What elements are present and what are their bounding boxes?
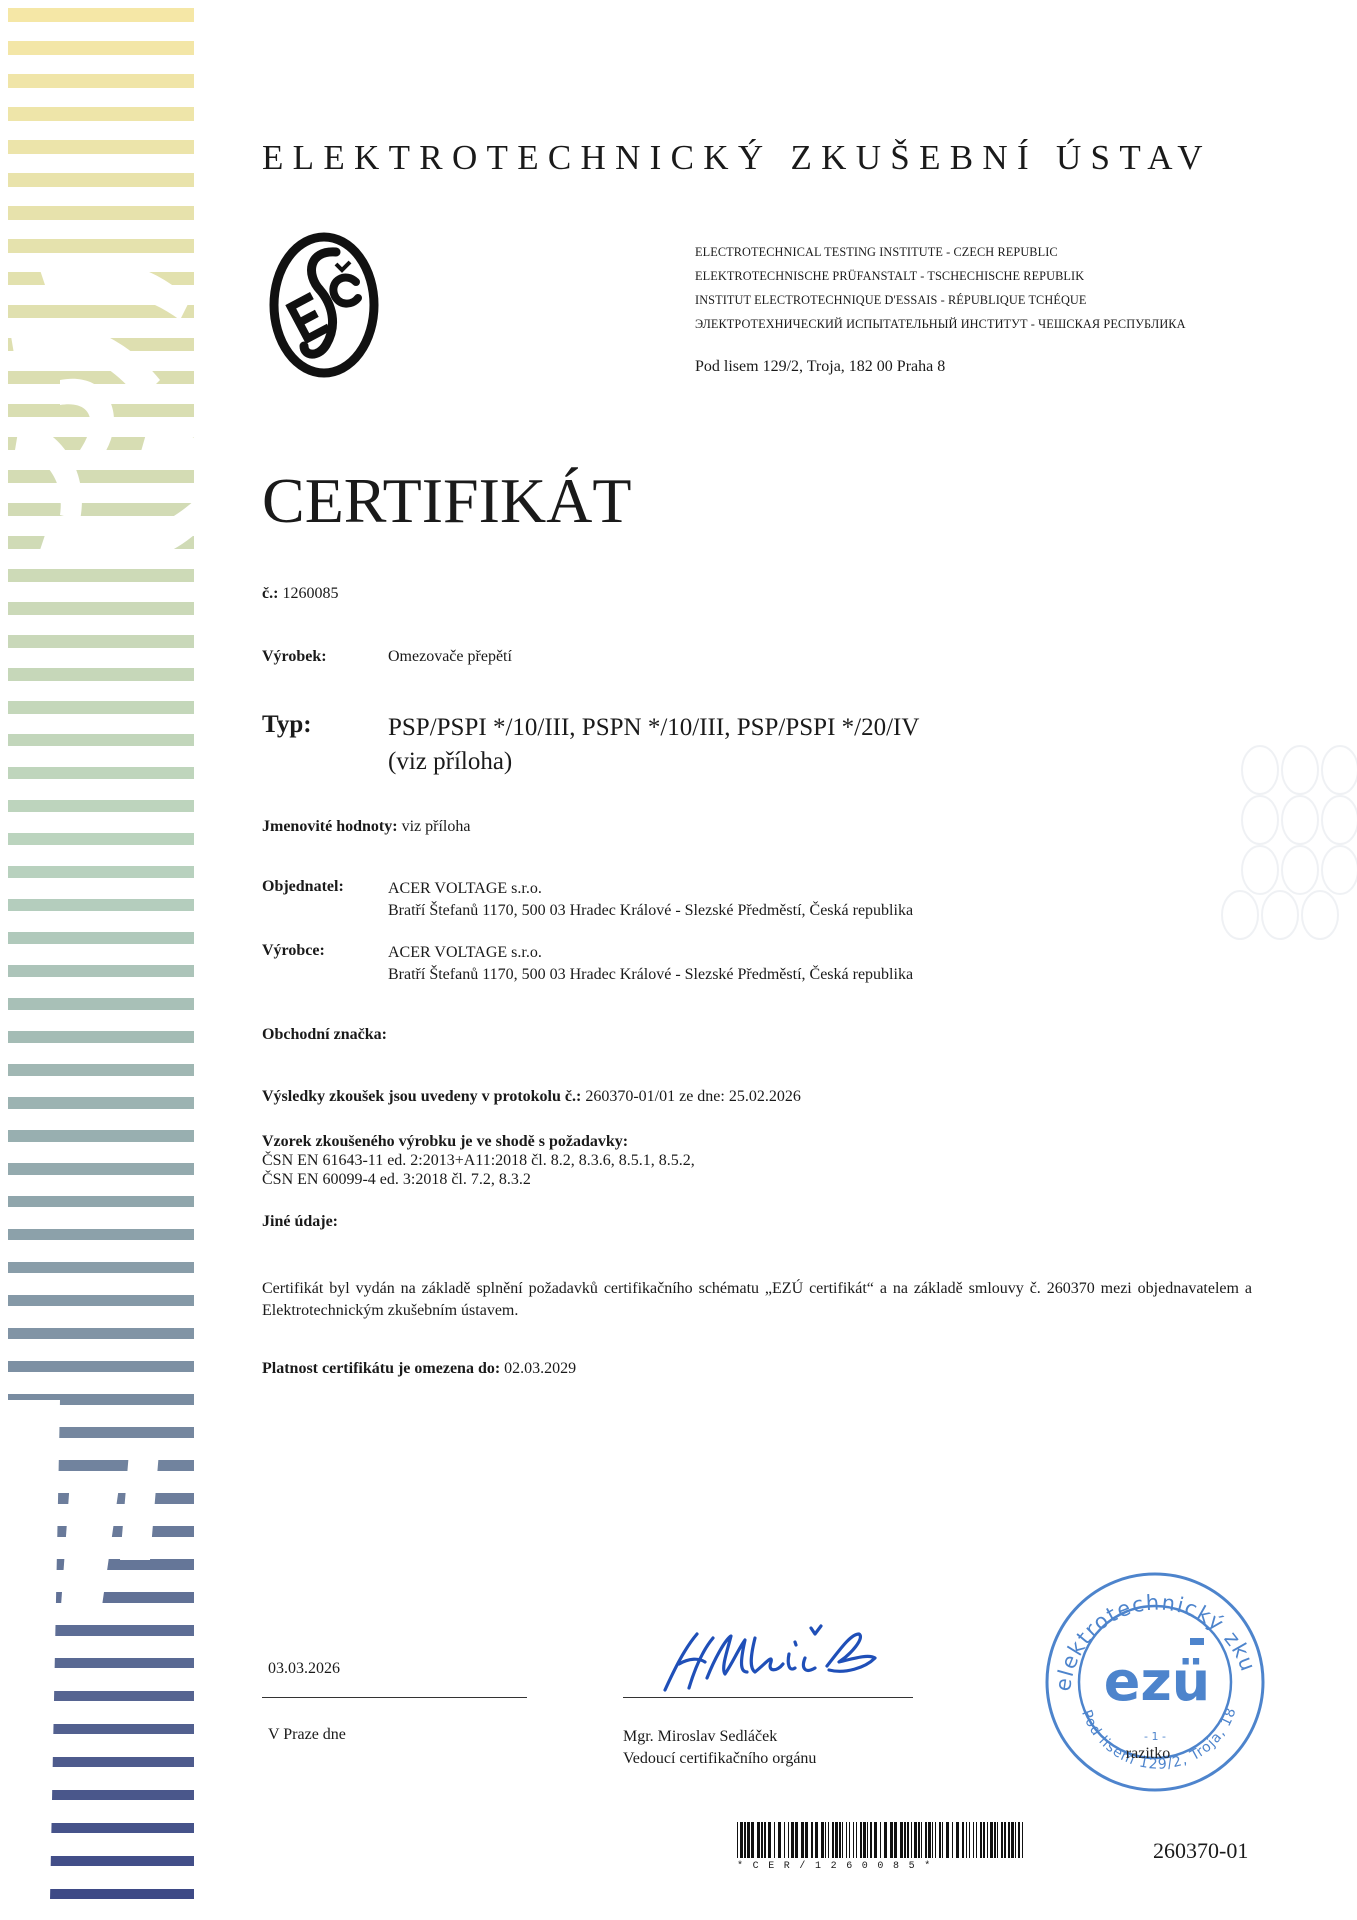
manufacturer-label: Výrobce: <box>262 942 325 960</box>
barcode <box>737 1822 1027 1858</box>
document-reference: 260370-01 <box>1153 1838 1248 1864</box>
security-watermark <box>1150 690 1357 1050</box>
test-results-label: Výsledky zkoušek jsou uvedeny v protokol… <box>262 1088 581 1105</box>
place-label: V Praze dne <box>268 1726 346 1744</box>
client-value: ACER VOLTAGE s.r.o. Bratří Štefanů 1170,… <box>388 878 913 922</box>
type-label: Typ: <box>262 711 312 739</box>
handwritten-signature <box>655 1618 895 1698</box>
certificate-number-value: 1260085 <box>282 585 338 602</box>
signer-role: Vedoucí certifikačního orgánu <box>623 1748 816 1770</box>
validity-label: Platnost certifikátu je omezena do: <box>262 1360 500 1377</box>
issuance-statement: Certifikát byl vydán na základě splnění … <box>262 1278 1252 1322</box>
rated-values-label: Jmenovité hodnoty: <box>262 818 398 835</box>
product-value: Omezovače přepětí <box>388 648 512 666</box>
manufacturer-value: ACER VOLTAGE s.r.o. Bratří Štefanů 1170,… <box>388 942 913 986</box>
validity: Platnost certifikátu je omezena do: 02.0… <box>262 1360 576 1378</box>
institute-name-ru: ЭЛЕКТРОТЕХНИЧЕСКИЙ ИСПЫТАТЕЛЬНЫЙ ИНСТИТУ… <box>695 312 1186 336</box>
certificate-number-label: č.: <box>262 585 278 602</box>
client-name: ACER VOLTAGE s.r.o. <box>388 878 913 900</box>
rated-values: Jmenovité hodnoty: viz příloha <box>262 818 470 836</box>
institute-address: Pod lisem 129/2, Troja, 182 00 Praha 8 <box>695 358 945 376</box>
test-results-value: 260370-01/01 ze dne: 25.02.2026 <box>585 1088 801 1105</box>
stamp-center-logo: ezü <box>1104 1650 1211 1713</box>
institute-title: ELEKTROTECHNICKÝ ZKUŠEBNÍ ÚSTAV <box>262 138 1212 178</box>
standard-item: ČSN EN 61643-11 ed. 2:2013+A11:2018 čl. … <box>262 1151 695 1170</box>
signer-name: Mgr. Miroslav Sedláček <box>623 1726 816 1748</box>
client-address: Bratří Štefanů 1170, 500 03 Hradec Králo… <box>388 900 913 922</box>
esc-logo-icon <box>268 230 380 380</box>
test-results: Výsledky zkoušek jsou uvedeny v protokol… <box>262 1088 801 1106</box>
standard-item: ČSN EN 60099-4 ed. 3:2018 čl. 7.2, 8.3.2 <box>262 1170 695 1189</box>
barcode-text: *CER/1260085* <box>737 1861 1027 1872</box>
institute-name-en: ELECTROTECHNICAL TESTING INSTITUTE - CZE… <box>695 240 1186 264</box>
conformity-section: Vzorek zkoušeného výrobku je ve shodě s … <box>262 1132 695 1189</box>
client-label: Objednatel: <box>262 878 344 896</box>
trademark-label: Obchodní značka: <box>262 1026 387 1043</box>
institute-name-de: ELEKTROTECHNISCHE PRÜFANSTALT - TSCHECHI… <box>695 264 1186 288</box>
type-models: PSP/PSPI */10/III, PSPN */10/III, PSP/PS… <box>388 711 919 745</box>
certificate-heading: CERTIFIKÁT <box>262 466 631 536</box>
decorative-stripe-band <box>0 0 200 1920</box>
date-underline <box>262 1697 527 1698</box>
signature-underline <box>623 1697 913 1698</box>
signer-block: Mgr. Miroslav Sedláček Vedoucí certifika… <box>623 1726 816 1770</box>
institute-names-list: ELECTROTECHNICAL TESTING INSTITUTE - CZE… <box>695 240 1186 336</box>
stamp-number: - 1 - <box>1144 1730 1166 1743</box>
manufacturer-address: Bratří Štefanů 1170, 500 03 Hradec Králo… <box>388 964 913 986</box>
issue-date: 03.03.2026 <box>268 1660 340 1678</box>
official-stamp-icon: elektrotechnický zkušební ústav Pod lise… <box>1030 1562 1280 1802</box>
validity-date: 02.03.2029 <box>504 1360 576 1377</box>
type-value: PSP/PSPI */10/III, PSPN */10/III, PSP/PS… <box>388 711 919 779</box>
certificate-number: č.: 1260085 <box>262 585 338 603</box>
manufacturer-name: ACER VOLTAGE s.r.o. <box>388 942 913 964</box>
institute-name-fr: INSTITUT ELECTROTECHNIQUE D'ESSAIS - RÉP… <box>695 288 1186 312</box>
conformity-label: Vzorek zkoušeného výrobku je ve shodě s … <box>262 1132 695 1151</box>
rated-values-value: viz příloha <box>402 818 471 835</box>
type-note: (viz příloha) <box>388 745 919 779</box>
product-label: Výrobek: <box>262 648 327 666</box>
other-info-label: Jiné údaje: <box>262 1213 338 1231</box>
trademark: Obchodní značka: <box>262 1026 387 1044</box>
stamp-overlay-text: razitko <box>1126 1745 1170 1762</box>
